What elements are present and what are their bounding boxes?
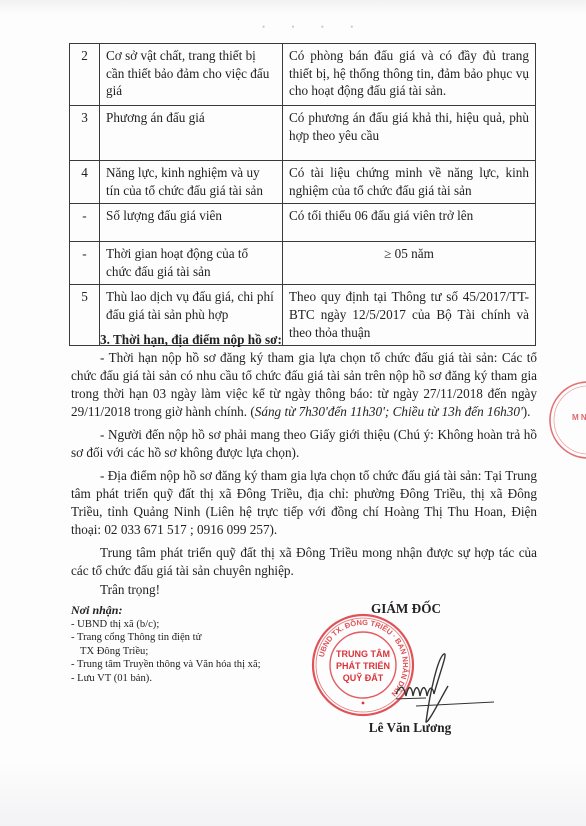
recipients-title: Nơi nhận: bbox=[71, 603, 261, 618]
requirement-cell: Có tài liệu chứng minh về năng lực, kinh… bbox=[283, 161, 536, 204]
submitter-note: - Người đến nộp hồ sơ phải mang theo Giấ… bbox=[71, 426, 537, 462]
bleed-through-marks: • • • • bbox=[262, 22, 365, 32]
section-3: 3. Thời hạn, địa điểm nộp hồ sơ: - Thời … bbox=[71, 331, 537, 580]
recipient-item: - Trung tâm Truyền thông và Văn hóa thị … bbox=[71, 658, 261, 671]
deadline-paragraph: - Thời hạn nộp hồ sơ đăng ký tham gia lự… bbox=[71, 349, 537, 421]
row-number: 4 bbox=[70, 161, 100, 204]
requirement-cell: Có phương án đấu giá khả thi, hiệu quả, … bbox=[283, 106, 536, 161]
row-number: - bbox=[70, 242, 100, 285]
closing-greeting: Trân trọng! bbox=[100, 582, 160, 598]
signer-name: Lê Văn Lương bbox=[340, 720, 480, 736]
row-number: 2 bbox=[70, 44, 100, 106]
document-page: • • • • 2 Cơ sở vật chất, trang thiết bị… bbox=[0, 0, 586, 826]
criteria-table: 2 Cơ sở vật chất, trang thiết bị cần thi… bbox=[69, 43, 536, 346]
criterion-cell: Phương án đấu giá bbox=[100, 106, 283, 161]
recipient-item: TX Đông Triều; bbox=[71, 645, 261, 658]
criterion-cell: Thời gian hoạt động của tổ chức đấu giá … bbox=[100, 242, 283, 285]
table-row: 2 Cơ sở vật chất, trang thiết bị cần thi… bbox=[70, 44, 536, 106]
criterion-cell: Cơ sở vật chất, trang thiết bị cần thiết… bbox=[100, 44, 283, 106]
recipient-item: - UBND thị xã (b/c); bbox=[71, 618, 261, 631]
svg-text:TRUNG TÂM: TRUNG TÂM bbox=[336, 648, 390, 659]
recipients-block: Nơi nhận: - UBND thị xã (b/c); - Trang c… bbox=[71, 603, 261, 685]
table-row: 3 Phương án đấu giá Có phương án đấu giá… bbox=[70, 106, 536, 161]
recipient-item: - Trang cổng Thông tin điện tử bbox=[71, 631, 261, 644]
deadline-end: ). bbox=[523, 404, 531, 419]
svg-text:M N: M N bbox=[572, 413, 586, 422]
requirement-cell: Có tối thiểu 06 đấu giá viên trở lên bbox=[283, 204, 536, 242]
criterion-cell: Số lượng đấu giá viên bbox=[100, 204, 283, 242]
requirement-cell: ≥ 05 năm bbox=[283, 242, 536, 285]
svg-text:QUỸ ĐẤT: QUỸ ĐẤT bbox=[343, 673, 384, 683]
location-paragraph: - Địa điểm nộp hồ sơ đăng ký tham gia lự… bbox=[71, 467, 537, 539]
recipient-item: - Lưu VT (01 bản). bbox=[71, 672, 261, 685]
svg-text:PHÁT TRIỂN: PHÁT TRIỂN bbox=[336, 660, 390, 671]
table-row: - Thời gian hoạt động của tổ chức đấu gi… bbox=[70, 242, 536, 285]
table-row: - Số lượng đấu giá viên Có tối thiểu 06 … bbox=[70, 204, 536, 242]
criterion-cell: Năng lực, kinh nghiệm và uy tín của tổ c… bbox=[100, 161, 283, 204]
partial-edge-stamp-icon: M N bbox=[548, 380, 586, 460]
row-number: - bbox=[70, 204, 100, 242]
requirement-cell: Có phòng bán đấu giá và có đầy đủ trang … bbox=[283, 44, 536, 106]
deadline-hours: Sáng từ 7h30'đến 11h30'; Chiều từ 13h đế… bbox=[255, 404, 523, 419]
cooperation-paragraph: Trung tâm phát triển quỹ đất thị xã Đông… bbox=[71, 544, 537, 580]
table-row: 4 Năng lực, kinh nghiệm và uy tín của tổ… bbox=[70, 161, 536, 204]
section-heading: 3. Thời hạn, địa điểm nộp hồ sơ: bbox=[71, 331, 537, 349]
row-number: 3 bbox=[70, 106, 100, 161]
